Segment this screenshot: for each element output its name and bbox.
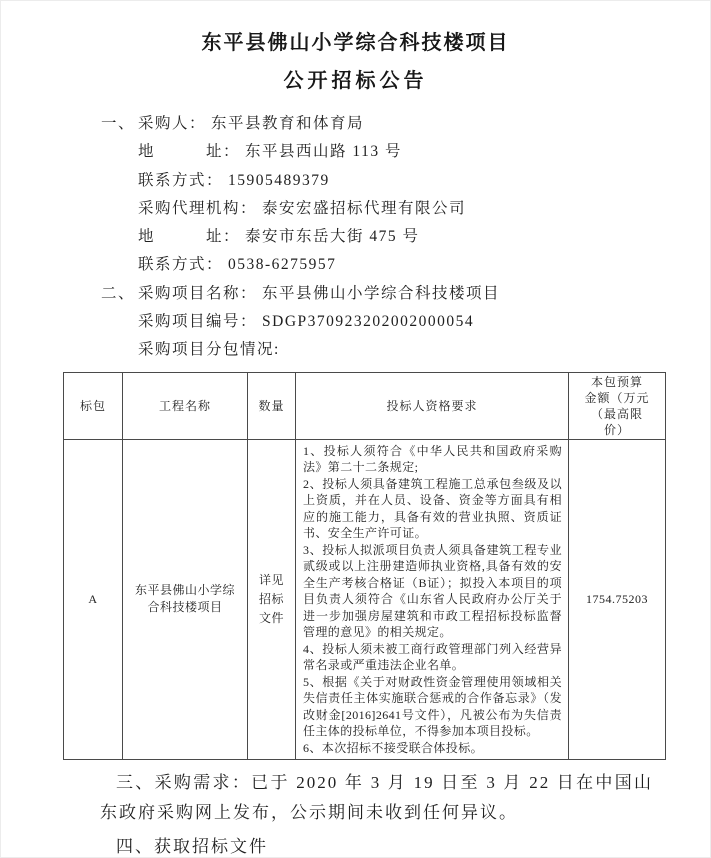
requirement-item-6: 6、本次招标不接受联合体投标。 [303,740,562,757]
field-value: 15905489379 [228,172,330,189]
field-label: 采购项目名称： [138,285,257,302]
requirement-item-5: 5、根据《关于对财政性资金管理使用领域相关失信责任主体实施联合惩戒的合作备忘录》… [303,674,562,740]
field-value: 东平县佛山小学综合科技楼项目 [262,285,500,302]
info-line-purchaser-address: 地 址：东平县西山路 113 号 [138,138,711,166]
field-label: 采购项目编号： [138,313,257,330]
info-line-agency-contact: 联系方式：0538-6275957 [138,251,711,279]
document-title-line2: 公开招标公告 [0,60,711,98]
requirement-item-4: 4、投标人须未被工商行政管理部门列入经营异常名录或严重违法企业名单。 [303,641,562,674]
tender-announcement-document: 东平县佛山小学综合科技楼项目 公开招标公告 一、采购人：东平县教育和体育局 地 … [0,0,711,858]
requirement-item-3: 3、投标人拟派项目负责人须具备建筑工程专业贰级或以上注册建造师执业资格,具备有效… [303,542,562,641]
section-marker: 三、 [116,773,155,792]
table-header-row: 标包 工程名称 数量 投标人资格要求 本包预算 金额（万元 （最高限 价） [64,372,666,439]
field-label: 地 址： [138,143,240,160]
table-row: A 东平县佛山小学综合科技楼项目 详见招标文件 1、投标人须符合《中华人民共和国… [64,439,666,760]
requirement-item-1: 1、投标人须符合《中华人民共和国政府采购法》第二十二条规定; [303,443,562,476]
cell-requirements: 1、投标人须符合《中华人民共和国政府采购法》第二十二条规定; 2、投标人须具备建… [296,439,569,760]
obtain-documents-heading: 四、获取招标文件 [116,832,671,858]
field-label: 地 址： [138,228,240,245]
intro-section: 一、采购人：东平县教育和体育局 地 址：东平县西山路 113 号 联系方式：15… [0,110,711,365]
header-quantity: 数量 [248,372,296,439]
info-line-purchaser: 一、采购人：东平县教育和体育局 [138,110,711,138]
header-package: 标包 [64,372,123,439]
field-label: 联系方式： [138,256,223,273]
cell-quantity: 详见招标文件 [248,439,296,760]
section-marker: 一、 [101,110,135,138]
field-label: 采购需求： [155,773,252,792]
obtain-text: 获取招标文件 [154,837,268,856]
document-title-line1: 东平县佛山小学综合科技楼项目 [0,0,711,60]
info-line-agency-address: 地 址：泰安市东岳大街 475 号 [138,223,711,251]
info-line-project-name: 二、采购项目名称：东平县佛山小学综合科技楼项目 [138,280,711,308]
info-line-purchaser-contact: 联系方式：15905489379 [138,167,711,195]
info-line-project-number: 采购项目编号：SDGP370923202002000054 [138,308,711,336]
section-marker: 二、 [101,280,135,308]
field-value: 泰安宏盛招标代理有限公司 [262,200,466,217]
procurement-demand-paragraph: 三、采购需求：已于 2020 年 3 月 19 日至 3 月 22 日在中国山东… [100,768,653,828]
bid-packages-table: 标包 工程名称 数量 投标人资格要求 本包预算 金额（万元 （最高限 价） A … [63,372,666,761]
header-project-name: 工程名称 [123,372,248,439]
field-label: 采购项目分包情况: [138,341,280,358]
requirement-item-2: 2、投标人须具备建筑工程施工总承包叁级及以上资质，并在人员、设备、资金等方面具有… [303,476,562,542]
field-value: 东平县教育和体育局 [211,115,364,132]
info-line-agency: 采购代理机构：泰安宏盛招标代理有限公司 [138,195,711,223]
header-qualification: 投标人资格要求 [296,372,569,439]
field-label: 采购人： [138,115,206,132]
field-value: 0538-6275957 [228,256,336,273]
cell-budget: 1754.75203 [569,439,666,760]
field-value: SDGP370923202002000054 [262,313,474,330]
field-label: 联系方式： [138,172,223,189]
field-value: 泰安市东岳大街 475 号 [245,228,420,245]
info-line-subpackage-heading: 采购项目分包情况: [138,336,711,364]
cell-project-name: 东平县佛山小学综合科技楼项目 [123,439,248,760]
field-value: 东平县西山路 113 号 [245,143,402,160]
field-label: 采购代理机构： [138,200,257,217]
header-budget: 本包预算 金额（万元 （最高限 价） [569,372,666,439]
cell-package-id: A [64,439,123,760]
section-marker: 四、 [116,837,154,856]
